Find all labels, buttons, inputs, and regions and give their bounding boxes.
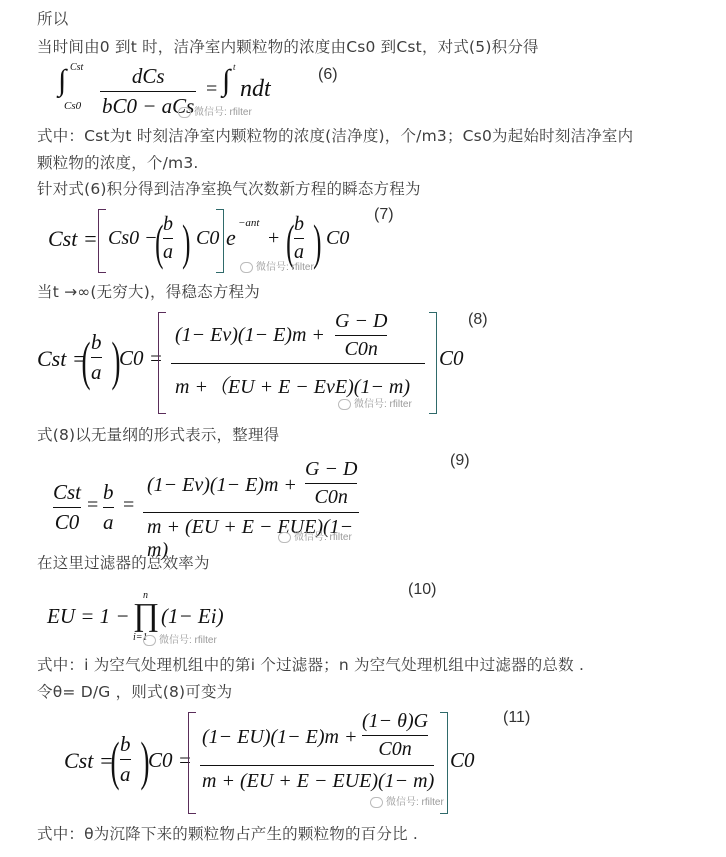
watermark: 微信号: rfilter: [143, 631, 217, 646]
paragraph-intro: 所以: [37, 9, 68, 29]
integral-sign: ∫: [58, 64, 66, 98]
watermark: 微信号: rfilter: [178, 103, 252, 118]
wechat-icon: [240, 262, 253, 273]
integrand-rhs: ndt: [240, 76, 271, 103]
integral-upper: Cst: [70, 62, 83, 73]
denominator: m + (EU + E − EUE)(1− m): [202, 770, 434, 793]
wechat-icon: [178, 107, 191, 118]
fraction-numerator: dCs: [130, 64, 167, 89]
lhs-cst: Cst =: [48, 226, 98, 252]
equation-9: CstC0 = ba = (1− Ev)(1− E)m + G − DC0n m…: [53, 458, 373, 538]
right-bracket: [216, 209, 224, 273]
equals-sign: =: [206, 78, 217, 101]
inner-fraction: G − DC0n: [305, 458, 357, 509]
left-paren: (: [81, 330, 90, 392]
equation-number-7: (7): [374, 206, 394, 224]
fraction-b-over-a-2: ba: [294, 213, 304, 264]
paragraph-dimensionless: 式(8)以无量纲的形式表示，整理得: [37, 425, 279, 445]
term-c0-2: C0: [326, 227, 349, 250]
equation-number-11: (11): [503, 709, 530, 727]
left-bracket: [188, 712, 196, 814]
watermark: 微信号: rfilter: [278, 528, 352, 543]
numerator-main: (1− Ev)(1− E)m +: [175, 324, 325, 347]
product-body: (1− Ei): [161, 604, 224, 629]
inner-fraction: (1− θ)GC0n: [362, 710, 428, 761]
exponent: −ant: [238, 217, 259, 229]
term-c0: C0 =: [148, 748, 192, 773]
plus-sign: +: [268, 227, 279, 250]
paragraph-theta-definition: 式中：θ为沉降下来的颗粒物占产生的颗粒物的百分比 .: [37, 824, 418, 844]
right-paren-2: ): [313, 213, 321, 271]
fraction-b-over-a: ba: [163, 213, 173, 264]
wechat-icon: [370, 797, 383, 808]
equals-sign: =: [87, 494, 98, 517]
lhs-cst: Cst =: [37, 346, 87, 372]
wechat-icon: [143, 635, 156, 646]
equation-number-10: (10): [408, 581, 436, 599]
paragraph-transient: 针对式(6)积分得到洁净室换气次数新方程的瞬态方程为: [37, 179, 421, 199]
equals-sign-2: =: [123, 494, 134, 517]
paragraph-definition-line1: 式中：Cst为t 时刻洁净室内颗粒物的浓度(洁净度)，个/m3；Cs0为起始时刻…: [37, 126, 633, 146]
right-paren: ): [182, 213, 190, 271]
fraction-bar: [100, 91, 196, 92]
inner-fraction: G − DC0n: [335, 310, 387, 361]
fraction-b-over-a: ba: [120, 732, 131, 787]
paragraph-filter-index: 式中：i 为空气处理机组中的第i 个过滤器；n 为空气处理机组中过滤器的总数 .: [37, 655, 584, 675]
lhs-fraction: CstC0: [53, 480, 81, 535]
paragraph-theta: 令θ= D/G ，则式(8)可变为: [37, 682, 232, 702]
fraction-b-over-a: ba: [103, 480, 114, 535]
term-c0: C0 =: [119, 346, 163, 371]
left-bracket: [158, 312, 166, 414]
equation-number-8: (8): [468, 311, 488, 329]
exp-base: e: [226, 225, 236, 251]
main-fraction-bar: [200, 765, 434, 766]
term-cs0: Cs0 −: [108, 227, 158, 250]
right-bracket: [429, 312, 437, 414]
wechat-icon: [278, 532, 291, 543]
tail-c0: C0: [439, 346, 464, 371]
watermark: 微信号: rfilter: [338, 395, 412, 410]
paragraph-integration: 当时间由0 到t 时，洁净室内颗粒物的浓度由Cs0 到Cst，对式(5)积分得: [37, 37, 539, 57]
main-fraction-bar: [171, 363, 425, 364]
product-sign: ∏: [133, 596, 159, 633]
integral-sign-rhs: ∫: [222, 64, 230, 98]
tail-c0: C0: [450, 748, 475, 773]
integral-lower: Cs0: [64, 100, 81, 112]
numerator-main: (1− Ev)(1− E)m +: [147, 474, 297, 497]
watermark: 微信号: rfilter: [240, 258, 314, 273]
paragraph-definition-line2: 颗粒物的浓度，个/m3.: [37, 153, 199, 173]
left-bracket: [98, 209, 106, 273]
fraction-b-over-a: ba: [91, 330, 102, 385]
main-fraction-bar: [143, 512, 359, 513]
equation-number-9: (9): [450, 452, 470, 470]
lhs-eu: EU = 1 −: [47, 604, 130, 629]
integral-upper-rhs: t: [233, 62, 236, 72]
paragraph-total-efficiency: 在这里过滤器的总效率为: [37, 553, 210, 573]
numerator-main: (1− EU)(1− E)m +: [202, 726, 357, 749]
left-paren: (: [110, 730, 119, 792]
equation-number-6: (6): [318, 66, 338, 84]
wechat-icon: [338, 399, 351, 410]
lhs-cst: Cst =: [64, 748, 114, 774]
paragraph-steady-state: 当t →∞(无穷大)，得稳态方程为: [37, 282, 260, 302]
watermark: 微信号: rfilter: [370, 793, 444, 808]
